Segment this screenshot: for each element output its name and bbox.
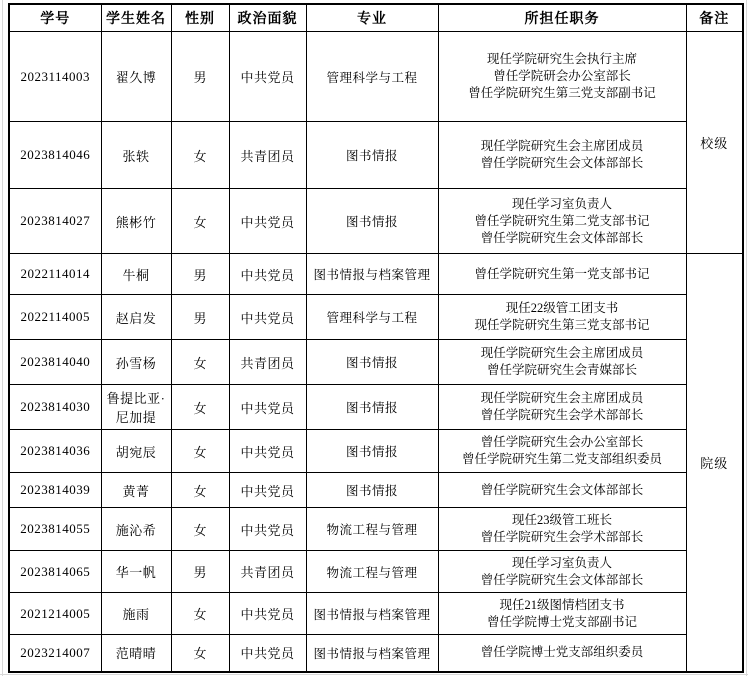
gender-cell: 男	[171, 295, 229, 340]
student-name-cell: 施雨	[101, 593, 171, 635]
political-status-cell: 共青团员	[229, 122, 306, 189]
table-row: 2023814027熊彬竹女中共党员图书情报现任学习室负责人曾任学院研究生第二党…	[9, 189, 743, 254]
duty-line: 曾任学院研究生会学术部部长	[442, 407, 683, 424]
duty-line: 现任学院研究生会执行主席	[442, 51, 683, 68]
duty-line: 现任学院研究生会主席团成员	[442, 390, 683, 407]
student-name-cell: 赵启发	[101, 295, 171, 340]
political-status-cell: 中共党员	[229, 32, 306, 122]
remark-cell: 校级	[686, 32, 743, 254]
gender-cell: 女	[171, 122, 229, 189]
duty-line: 曾任学院博士党支部副书记	[442, 614, 683, 631]
student-id-cell: 2023114003	[9, 32, 101, 122]
duty-line: 曾任学院研会办公室部长	[442, 68, 683, 85]
table-row: 2023114003翟久博男中共党员管理科学与工程现任学院研究生会执行主席曾任学…	[9, 32, 743, 122]
duty-line: 曾任学院研究生第二党支部组织委员	[442, 451, 683, 468]
major-cell: 管理科学与工程	[306, 295, 438, 340]
header-row: 学号学生姓名性别政治面貌专业所担任职务备注	[9, 4, 743, 32]
duties-cell: 曾任学院研究生会办公室部长曾任学院研究生第二党支部组织委员	[438, 430, 686, 473]
student-name-cell: 牛桐	[101, 254, 171, 295]
student-id-cell: 2023814046	[9, 122, 101, 189]
duties-cell: 现任21级图情档团支书曾任学院博士党支部副书记	[438, 593, 686, 635]
table-row: 2021214005施雨女中共党员图书情报与档案管理现任21级图情档团支书曾任学…	[9, 593, 743, 635]
table-row: 2023814030鲁提比亚·尼加提女中共党员图书情报现任学院研究生会主席团成员…	[9, 385, 743, 430]
duty-line: 曾任学院研究生第三党支部副书记	[442, 85, 683, 102]
table-row: 2023814055施沁希女中共党员物流工程与管理现任23级管工班长曾任学院研究…	[9, 508, 743, 551]
student-id-cell: 2022114005	[9, 295, 101, 340]
major-cell: 图书情报	[306, 122, 438, 189]
political-status-cell: 共青团员	[229, 551, 306, 593]
political-status-cell: 共青团员	[229, 340, 306, 385]
column-header-student-id: 学号	[9, 4, 101, 32]
table-row: 2023814039黄菁女中共党员图书情报曾任学院研究生会文体部部长	[9, 473, 743, 508]
political-status-cell: 中共党员	[229, 295, 306, 340]
duty-line: 现任22级管工团支书	[442, 300, 683, 317]
duty-line: 曾任学院研究生会文体部部长	[442, 482, 683, 499]
column-header-student-name: 学生姓名	[101, 4, 171, 32]
duty-line: 曾任学院博士党支部组织委员	[442, 644, 683, 661]
major-cell: 图书情报	[306, 189, 438, 254]
table-row: 2023814036胡宛辰女中共党员图书情报曾任学院研究生会办公室部长曾任学院研…	[9, 430, 743, 473]
student-name-cell: 黄菁	[101, 473, 171, 508]
student-name-cell: 施沁希	[101, 508, 171, 551]
political-status-cell: 中共党员	[229, 635, 306, 672]
gender-cell: 女	[171, 508, 229, 551]
political-status-cell: 中共党员	[229, 254, 306, 295]
column-header-gender: 性别	[171, 4, 229, 32]
table-row: 2022114014牛桐男中共党员图书情报与档案管理曾任学院研究生第一党支部书记…	[9, 254, 743, 295]
duties-cell: 现任23级管工班长曾任学院研究生会学术部部长	[438, 508, 686, 551]
duties-cell: 现任学院研究生会主席团成员曾任学院研究生会学术部部长	[438, 385, 686, 430]
table-row: 2023814046张轶女共青团员图书情报现任学院研究生会主席团成员曾任学院研究…	[9, 122, 743, 189]
duties-cell: 曾任学院研究生会文体部部长	[438, 473, 686, 508]
student-id-cell: 2021214005	[9, 593, 101, 635]
duty-line: 曾任学院研究生会文体部部长	[442, 155, 683, 172]
political-status-cell: 中共党员	[229, 593, 306, 635]
political-status-cell: 中共党员	[229, 430, 306, 473]
duties-cell: 现任学院研究生会主席团成员曾任学院研究生会青媒部长	[438, 340, 686, 385]
major-cell: 图书情报与档案管理	[306, 593, 438, 635]
gender-cell: 女	[171, 430, 229, 473]
duty-line: 曾任学院研究生会学术部部长	[442, 529, 683, 546]
column-header-major: 专业	[306, 4, 438, 32]
duty-line: 现任学院研究生第三党支部书记	[442, 317, 683, 334]
duties-cell: 现任22级管工团支书现任学院研究生第三党支部书记	[438, 295, 686, 340]
duty-line: 曾任学院研究生会文体部部长	[442, 572, 683, 589]
political-status-cell: 中共党员	[229, 189, 306, 254]
student-id-cell: 2023214007	[9, 635, 101, 672]
gender-cell: 女	[171, 635, 229, 672]
student-name-cell: 范晴晴	[101, 635, 171, 672]
duties-cell: 曾任学院博士党支部组织委员	[438, 635, 686, 672]
duty-line: 曾任学院研究生会文体部部长	[442, 230, 683, 247]
major-cell: 图书情报与档案管理	[306, 254, 438, 295]
major-cell: 物流工程与管理	[306, 508, 438, 551]
gender-cell: 女	[171, 340, 229, 385]
duty-line: 现任学院研究生会主席团成员	[442, 138, 683, 155]
major-cell: 管理科学与工程	[306, 32, 438, 122]
table-row: 2022114005赵启发男中共党员管理科学与工程现任22级管工团支书现任学院研…	[9, 295, 743, 340]
student-id-cell: 2023814030	[9, 385, 101, 430]
duty-line: 曾任学院研究生会青媒部长	[442, 362, 683, 379]
student-name-cell: 胡宛辰	[101, 430, 171, 473]
table-row: 2023214007范晴晴女中共党员图书情报与档案管理曾任学院博士党支部组织委员	[9, 635, 743, 672]
student-name-cell: 华一帆	[101, 551, 171, 593]
student-id-cell: 2023814040	[9, 340, 101, 385]
gender-cell: 男	[171, 32, 229, 122]
column-header-political-status: 政治面貌	[229, 4, 306, 32]
duty-line: 曾任学院研究生会办公室部长	[442, 434, 683, 451]
student-name-cell: 鲁提比亚·尼加提	[101, 385, 171, 430]
gender-cell: 女	[171, 385, 229, 430]
column-header-remark: 备注	[686, 4, 743, 32]
duties-cell: 现任学习室负责人曾任学院研究生会文体部部长	[438, 551, 686, 593]
student-name-cell: 翟久博	[101, 32, 171, 122]
remark-cell: 院级	[686, 254, 743, 672]
gender-cell: 女	[171, 473, 229, 508]
duty-line: 现任学院研究生会主席团成员	[442, 345, 683, 362]
student-id-cell: 2023814065	[9, 551, 101, 593]
duties-cell: 曾任学院研究生第一党支部书记	[438, 254, 686, 295]
duties-cell: 现任学院研究生会执行主席曾任学院研会办公室部长曾任学院研究生第三党支部副书记	[438, 32, 686, 122]
major-cell: 图书情报	[306, 430, 438, 473]
gender-cell: 女	[171, 189, 229, 254]
duty-line: 曾任学院研究生第二党支部书记	[442, 213, 683, 230]
table-row: 2023814040孙雪杨女共青团员图书情报现任学院研究生会主席团成员曾任学院研…	[9, 340, 743, 385]
outer-gridline-left	[2, 0, 3, 676]
duties-cell: 现任学习室负责人曾任学院研究生第二党支部书记曾任学院研究生会文体部部长	[438, 189, 686, 254]
duty-line: 现任学习室负责人	[442, 196, 683, 213]
major-cell: 图书情报	[306, 473, 438, 508]
column-header-positions-held: 所担任职务	[438, 4, 686, 32]
table-row: 2023814065华一帆男共青团员物流工程与管理现任学习室负责人曾任学院研究生…	[9, 551, 743, 593]
student-id-cell: 2023814036	[9, 430, 101, 473]
duties-cell: 现任学院研究生会主席团成员曾任学院研究生会文体部部长	[438, 122, 686, 189]
gender-cell: 女	[171, 593, 229, 635]
gender-cell: 男	[171, 254, 229, 295]
student-id-cell: 2023814055	[9, 508, 101, 551]
gender-cell: 男	[171, 551, 229, 593]
duty-line: 曾任学院研究生第一党支部书记	[442, 266, 683, 283]
political-status-cell: 中共党员	[229, 385, 306, 430]
major-cell: 物流工程与管理	[306, 551, 438, 593]
student-name-cell: 熊彬竹	[101, 189, 171, 254]
major-cell: 图书情报与档案管理	[306, 635, 438, 672]
duty-line: 现任学习室负责人	[442, 555, 683, 572]
duty-line: 现任21级图情档团支书	[442, 597, 683, 614]
spreadsheet-canvas: 学号学生姓名性别政治面貌专业所担任职务备注 2023114003翟久博男中共党员…	[0, 0, 748, 676]
student-id-cell: 2022114014	[9, 254, 101, 295]
major-cell: 图书情报	[306, 340, 438, 385]
student-name-cell: 孙雪杨	[101, 340, 171, 385]
student-name-cell: 张轶	[101, 122, 171, 189]
student-positions-table: 学号学生姓名性别政治面貌专业所担任职务备注 2023114003翟久博男中共党员…	[8, 3, 744, 673]
duty-line: 现任23级管工班长	[442, 512, 683, 529]
political-status-cell: 中共党员	[229, 508, 306, 551]
outer-gridline-bottom	[0, 674, 748, 675]
political-status-cell: 中共党员	[229, 473, 306, 508]
student-id-cell: 2023814039	[9, 473, 101, 508]
major-cell: 图书情报	[306, 385, 438, 430]
outer-gridline-right	[746, 0, 747, 676]
student-id-cell: 2023814027	[9, 189, 101, 254]
